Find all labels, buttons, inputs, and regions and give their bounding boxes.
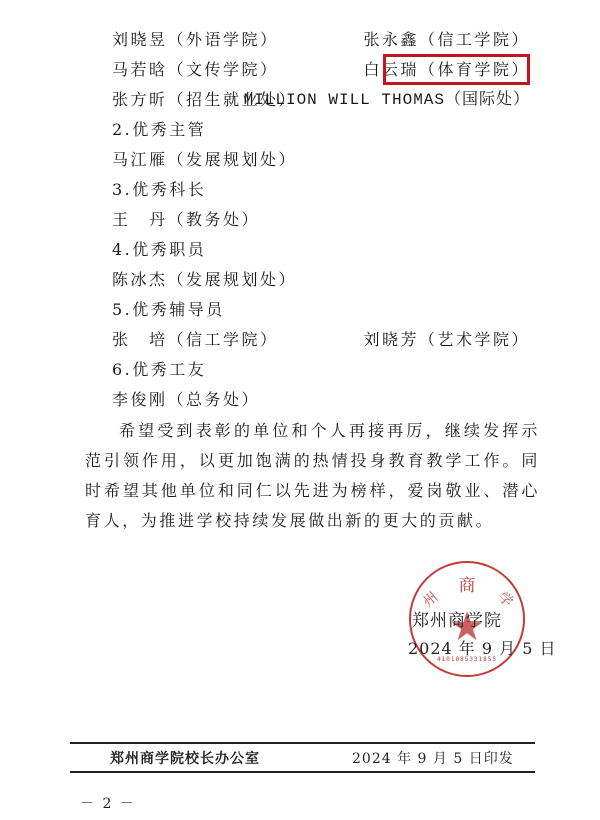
- awardee-liu-xiaoyu: 刘晓昱（外语学院）: [112, 30, 279, 50]
- awardee-ma-jiangyan: 马江雁（发展规划处）: [112, 150, 297, 170]
- footer-issue-date: 2024 年 9 月 5 日印发: [352, 748, 514, 768]
- signature-date: 2024 年 9 月 5 日: [408, 636, 557, 659]
- section-heading-excellent-supervisor: 2.优秀主管: [112, 120, 206, 140]
- signature-organization: 郑州商学院: [412, 606, 502, 631]
- awardee-ma-ruohan: 马若晗（文传学院）: [112, 60, 279, 80]
- footer-bottom-rule: [70, 771, 535, 773]
- closing-paragraph: 希望受到表彰的单位和个人再接再厉，继续发挥示范引领作用，以更加饱满的热情投身教育…: [85, 416, 540, 536]
- awardee-zhang-pei: 张 培（信工学院）: [112, 330, 279, 350]
- closing-paragraph-text: 希望受到表彰的单位和个人再接再厉，继续发挥示范引领作用，以更加饱满的热情投身教育…: [85, 416, 540, 536]
- awardee-wang-dan: 王 丹（教务处）: [112, 210, 260, 230]
- section-heading-excellent-worker: 6.优秀工友: [112, 360, 206, 380]
- footer-top-rule: [70, 742, 535, 744]
- awardee-million-will-thomas: MILLION WILL THOMAS（国际处）: [244, 90, 530, 110]
- section-heading-excellent-counselor: 5.优秀辅导员: [112, 300, 225, 320]
- awardee-chen-bingjie: 陈冰杰（发展规划处）: [112, 270, 297, 290]
- highlight-box: [383, 54, 530, 85]
- section-heading-excellent-section-chief: 3.优秀科长: [112, 180, 206, 200]
- section-heading-excellent-staff: 4.优秀职员: [112, 240, 206, 260]
- page-number: － 2 －: [80, 793, 136, 813]
- seal-top-char: 商: [459, 571, 476, 596]
- awardee-liu-xiaofang: 刘晓芳（艺术学院）: [363, 330, 530, 350]
- awardee-li-jungang: 李俊刚（总务处）: [112, 390, 260, 410]
- awardee-zhang-yongxin: 张永鑫（信工学院）: [363, 30, 530, 50]
- footer-office: 郑州商学院校长办公室: [110, 748, 260, 768]
